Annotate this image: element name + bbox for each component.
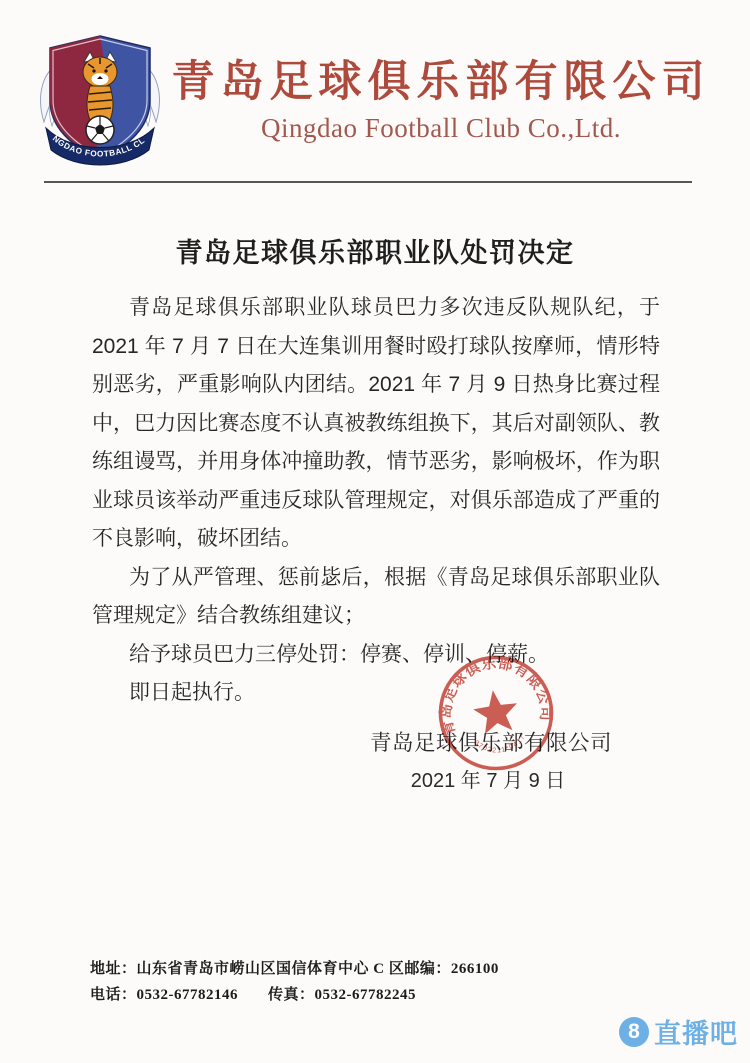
header-divider [44, 181, 692, 183]
zhibo8-watermark: 8 直播吧 [619, 1012, 738, 1051]
company-name-cn: 青岛足球俱乐部有限公司 [158, 48, 724, 109]
footer-phone: 电话：0532-67782146 [90, 987, 238, 1003]
zhibo8-brand-text: 直播吧 [654, 1012, 738, 1051]
paragraph-penalty: 给予球员巴力三停处罚：停赛、停训、停薪。 [92, 636, 660, 675]
qingdao-fc-crest-logo: QINGDAO FOOTBALL CLUB [36, 30, 164, 170]
letterhead: 青岛足球俱乐部有限公司 Qingdao Football Club Co.,Lt… [158, 48, 724, 144]
signature-company: 青岛足球俱乐部有限公司 [370, 726, 612, 757]
paragraph-basis: 为了从严管理、惩前毖后，根据《青岛足球俱乐部职业队管理规定》结合教练组建议； [92, 559, 660, 636]
footer-fax: 传真：0532-67782245 [268, 987, 416, 1003]
footer-phone-fax: 电话：0532-67782146传真：0532-67782245 [90, 982, 499, 1008]
document-title: 青岛足球俱乐部职业队处罚决定 [0, 231, 750, 270]
document-date: 2021 年 7 月 9 日 [400, 764, 576, 793]
paragraph-violations: 青岛足球俱乐部职业队球员巴力多次违反队规队纪，于 2021 年 7 月 7 日在… [92, 289, 660, 559]
company-name-en: Qingdao Football Club Co.,Ltd. [158, 113, 724, 144]
scanned-document-page: QINGDAO FOOTBALL CLUB 青岛足球俱乐部有限公司 Qingda… [0, 0, 750, 1063]
footer-address: 地址：山东省青岛市崂山区国信体育中心 C 区邮编：266100 [90, 956, 499, 982]
zhibo8-badge-icon: 8 [619, 1017, 649, 1047]
footer-contact-block: 地址：山东省青岛市崂山区国信体育中心 C 区邮编：266100 电话：0532-… [90, 956, 499, 1008]
crest-football-icon [86, 116, 114, 144]
paragraph-effective: 即日起执行。 [92, 674, 660, 713]
document-body: 青岛足球俱乐部职业队球员巴力多次违反队规队纪，于 2021 年 7 月 7 日在… [92, 289, 660, 713]
